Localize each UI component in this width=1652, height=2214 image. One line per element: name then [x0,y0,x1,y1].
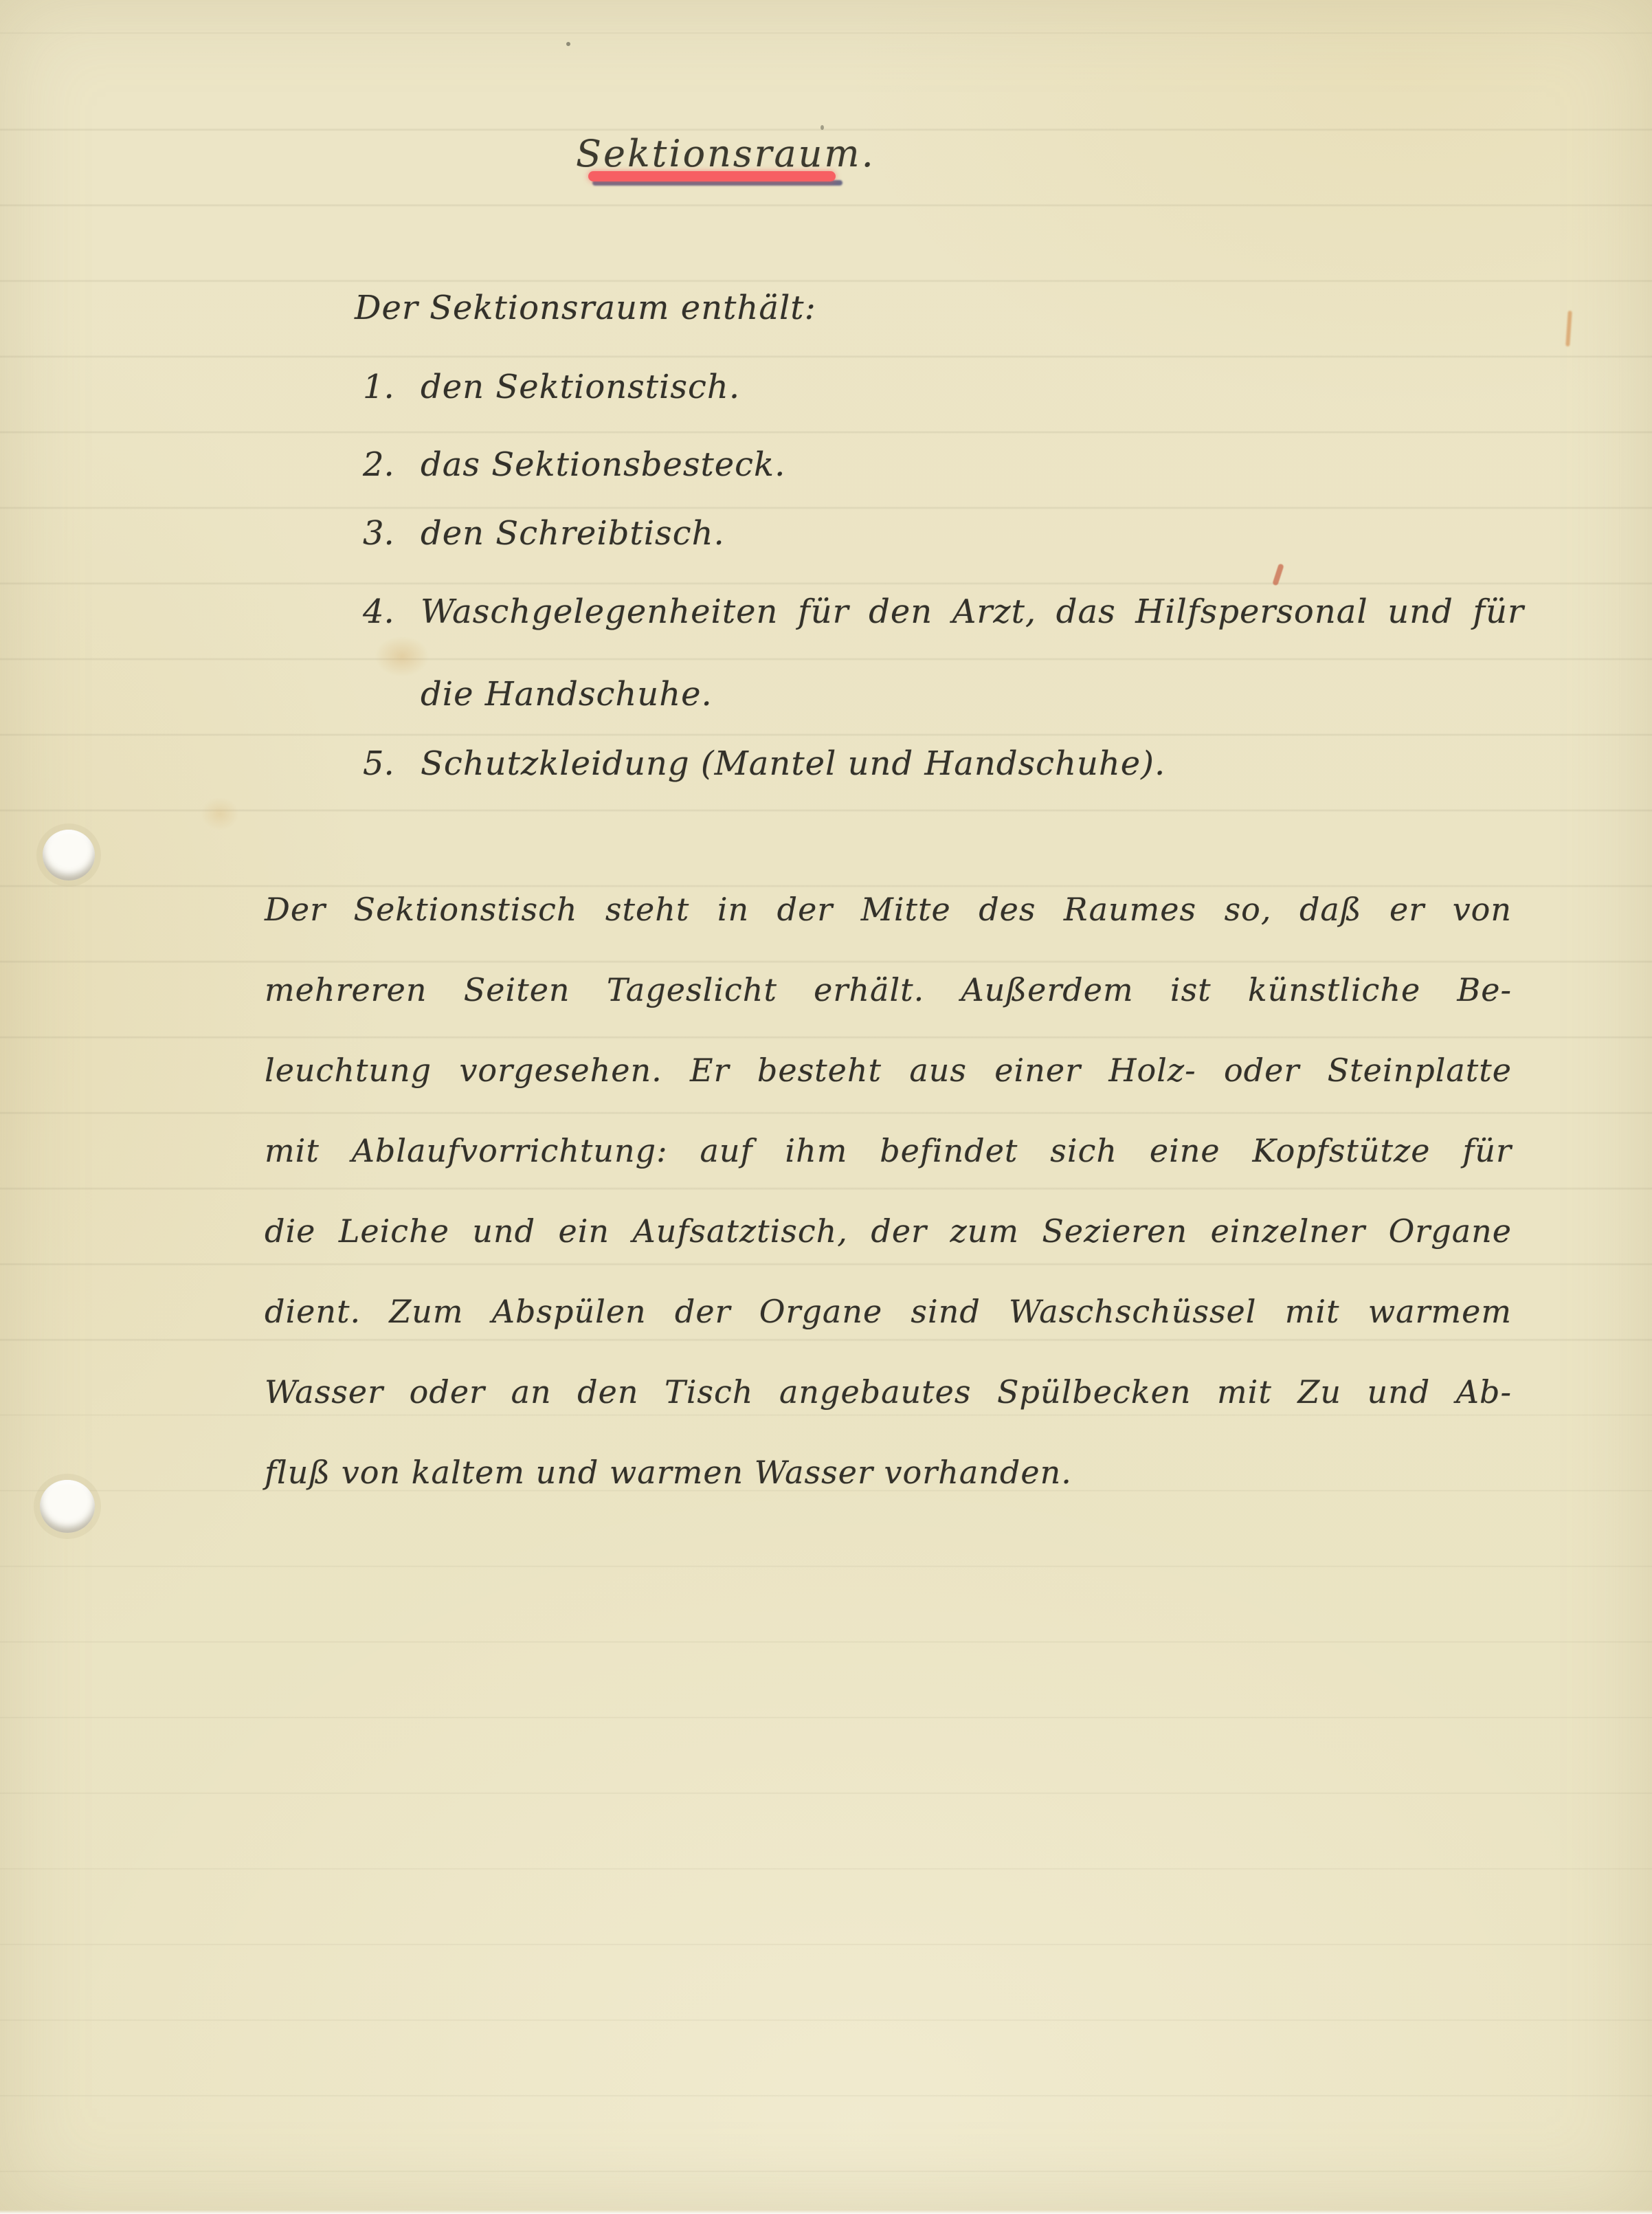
body-paragraph: Der Sektionstisch steht in der Mitte des… [265,891,1512,1534]
list-item: 1. den Sektionstisch. [363,368,740,406]
list-text: den Schreibtisch. [421,514,725,553]
red-pen-mark [1272,564,1284,586]
list-text-line: die Handschuhe. [421,675,1524,713]
list-item: 2. das Sektionsbesteck. [363,445,785,484]
paragraph-line: mit Ablaufvorrichtung: auf ihm befindet … [265,1132,1512,1213]
list-number: 2. [363,445,421,484]
dust-speck [566,42,570,46]
list-item: 5. Schutzkleidung (Mantel und Handschuhe… [363,744,1165,783]
list-number: 4. [363,593,421,631]
paragraph-line: leuchtung vorgesehen. Er besteht aus ein… [265,1052,1512,1132]
list-text: Waschgelegenheiten für den Arzt, das Hil… [421,593,1524,713]
list-number: 5. [363,744,421,783]
list-number: 1. [363,368,421,406]
paragraph-line: fluß von kaltem und warmen Wasser vorhan… [265,1454,1512,1534]
dust-speck [821,125,824,130]
punch-hole-bottom [40,1480,95,1533]
paragraph-line: dient. Zum Abspülen der Organe sind Wasc… [265,1293,1512,1373]
paragraph-line: Wasser oder an den Tisch angebautes Spül… [265,1373,1512,1454]
list-text-line: Waschgelegenheiten für den Arzt, das Hil… [421,593,1524,631]
list-item: 3. den Schreibtisch. [363,514,725,553]
paper-stain [201,797,239,830]
orange-stain-mark [1565,311,1572,346]
paragraph-line: mehreren Seiten Tageslicht erhält. Außer… [265,971,1512,1052]
document-page: Sektionsraum. Der Sektionsraum enthält: … [0,0,1652,2214]
paragraph-line: Der Sektionstisch steht in der Mitte des… [265,891,1512,971]
list-text: den Sektionstisch. [421,368,740,406]
scan-edge [0,2210,1652,2214]
page-title: Sektionsraum. [576,132,875,175]
list-item: 4. Waschgelegenheiten für den Arzt, das … [363,593,1524,713]
punch-hole-top [43,830,95,881]
list-number: 3. [363,514,421,553]
list-text: das Sektionsbesteck. [421,445,785,484]
title-underline [588,171,836,181]
intro-line: Der Sektionsraum enthält: [355,289,816,327]
list-text: Schutzkleidung (Mantel und Handschuhe). [421,744,1165,783]
paragraph-line: die Leiche und ein Aufsatztisch, der zum… [265,1213,1512,1293]
